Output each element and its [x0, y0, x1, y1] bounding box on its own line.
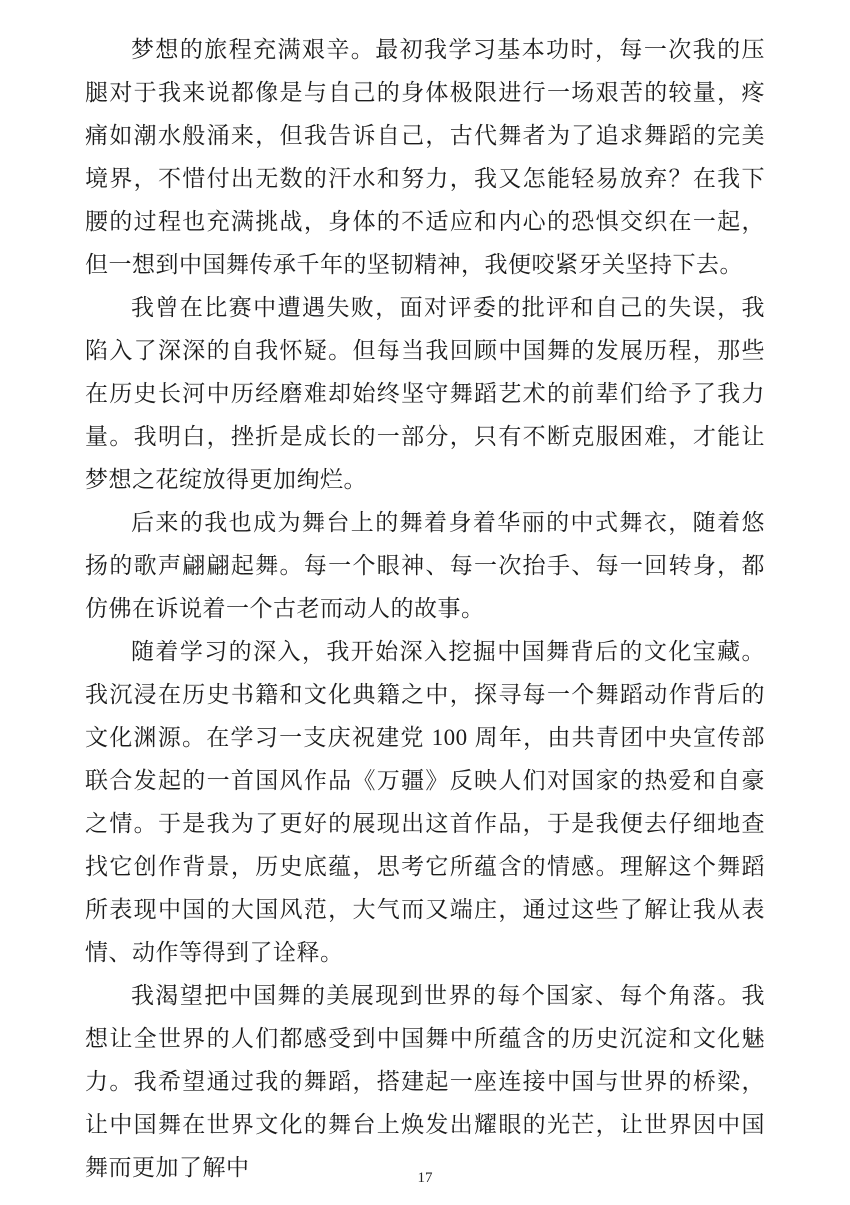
document-page: 梦想的旅程充满艰辛。最初我学习基本功时，每一次我的压腿对于我来说都像是与自己的身… [0, 0, 850, 1205]
paragraph-dream-journey: 梦想的旅程充满艰辛。最初我学习基本功时，每一次我的压腿对于我来说都像是与自己的身… [85, 28, 765, 286]
paragraph-world-wish: 我渴望把中国舞的美展现到世界的每个国家、每个角落。我想让全世界的人们都感受到中国… [85, 974, 765, 1189]
page-number: 17 [0, 1170, 850, 1187]
paragraph-competition-failure: 我曾在比赛中遭遇失败，面对评委的批评和自己的失误，我陷入了深深的自我怀疑。但每当… [85, 286, 765, 501]
document-body: 梦想的旅程充满艰辛。最初我学习基本功时，每一次我的压腿对于我来说都像是与自己的身… [85, 28, 765, 1189]
paragraph-cultural-treasure: 随着学习的深入，我开始深入挖掘中国舞背后的文化宝藏。我沉浸在历史书籍和文化典籍之… [85, 630, 765, 974]
paragraph-on-stage: 后来的我也成为舞台上的舞着身着华丽的中式舞衣，随着悠扬的歌声翩翩起舞。每一个眼神… [85, 501, 765, 630]
